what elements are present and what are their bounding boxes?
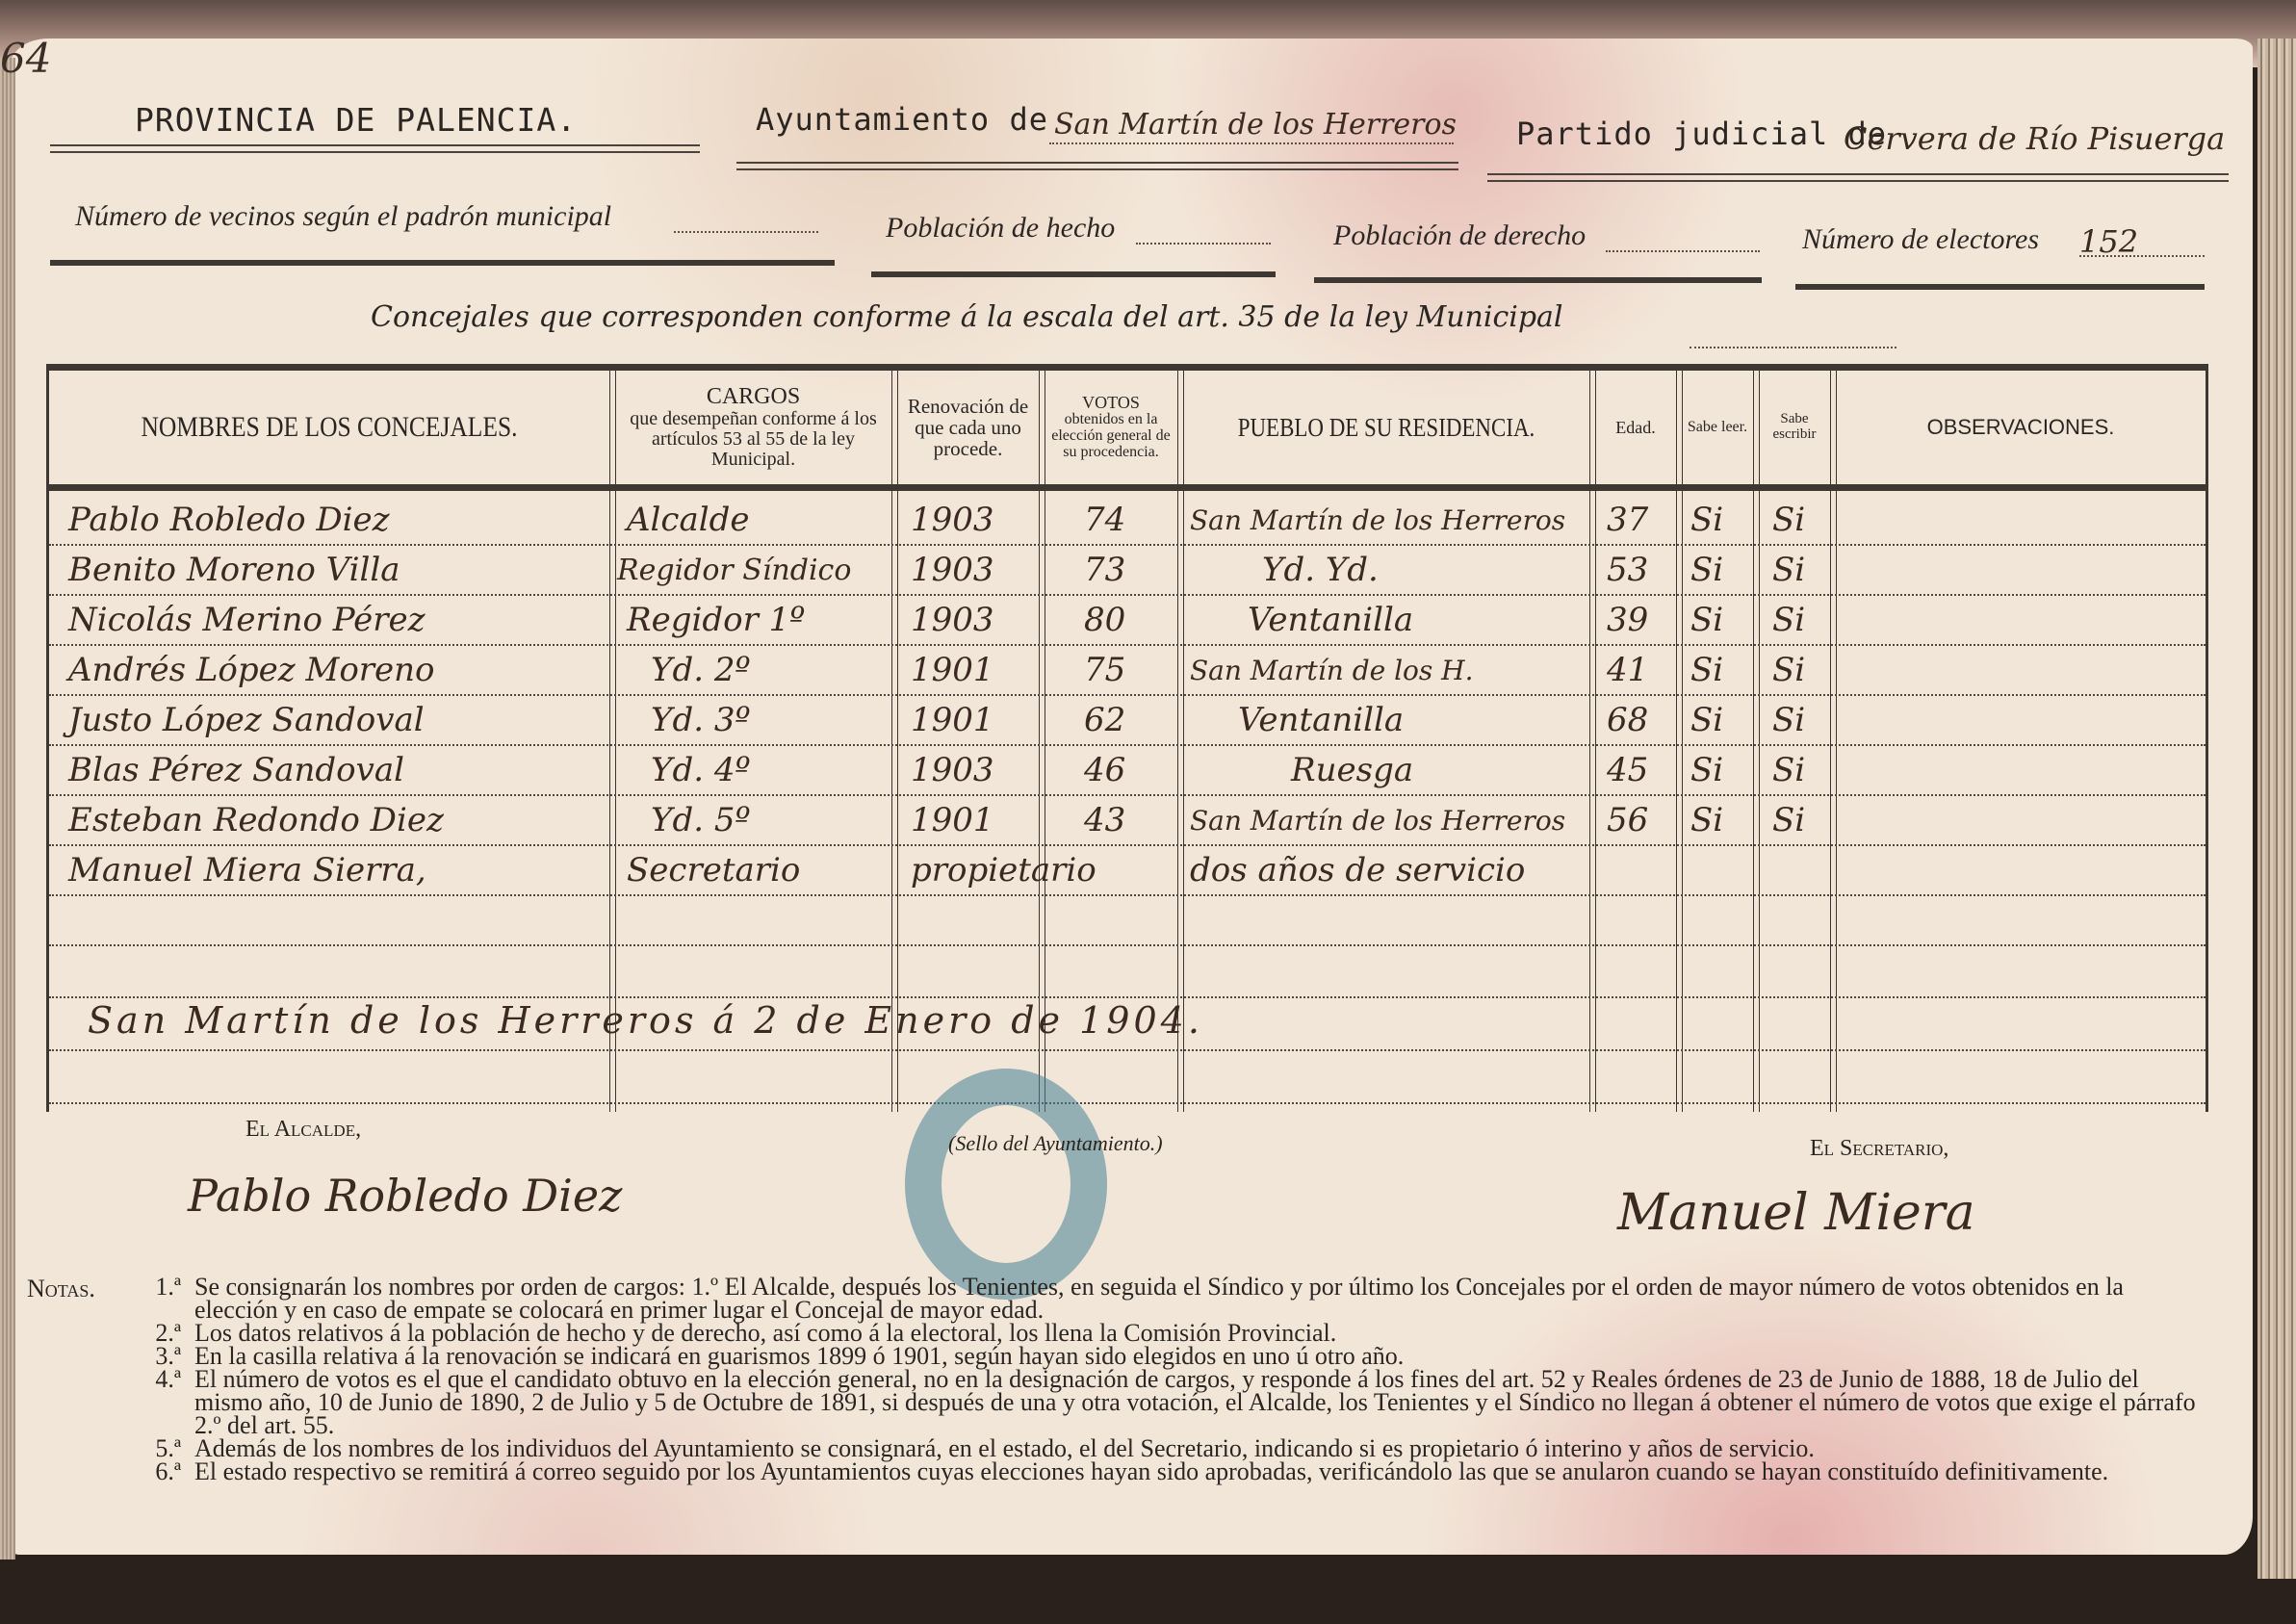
electores-label: Número de electores — [1802, 223, 2039, 256]
cell-nombre: Benito Moreno Villa — [68, 541, 400, 599]
col-header-nombres: NOMBRES DE LOS CONCEJALES. — [91, 371, 568, 484]
cell-leer: Si — [1690, 591, 1723, 649]
partido-label: Partido judicial de — [1516, 116, 1887, 152]
note-item: 1.ªSe consignarán los nombres por orden … — [123, 1276, 2212, 1322]
cell-renovacion: 1903 — [911, 591, 994, 649]
cell-renovacion: propietario — [911, 841, 1096, 899]
cell-nombre: Pablo Robledo Diez — [68, 491, 390, 549]
note-item: 4.ªEl número de votos es el que el candi… — [123, 1368, 2212, 1437]
cell-nombre: Esteban Redondo Diez — [68, 791, 444, 849]
cell-leer: Si — [1690, 741, 1723, 799]
cell-cargo: Regidor 1º — [627, 591, 805, 649]
cell-edad: 68 — [1607, 691, 1648, 749]
cell-leer: Si — [1690, 491, 1723, 549]
cell-pueblo: Ventanilla — [1238, 691, 1404, 749]
col-header-cargos: CARGOS que desempeñan conforme á los art… — [615, 371, 891, 484]
cell-leer: Si — [1690, 691, 1723, 749]
concejales-title: Concejales que corresponden conforme á l… — [371, 300, 1563, 334]
ayuntamiento-label: Ayuntamiento de — [756, 101, 1048, 138]
poblacion-hecho-label: Población de hecho — [886, 212, 1115, 245]
cell-pueblo: Ventanilla — [1248, 591, 1413, 649]
cell-leer: Si — [1690, 791, 1723, 849]
cell-votos: 73 — [1084, 541, 1125, 599]
alcalde-signature: Pablo Robledo Diez — [188, 1170, 622, 1222]
cell-cargo: Yd. 4º — [651, 741, 750, 799]
province-title: PROVINCIA DE PALENCIA. — [135, 101, 577, 139]
col-header-cargos-title: CARGOS — [707, 385, 800, 409]
col-header-escribir: Sabe escribir — [1759, 371, 1830, 484]
cell-pueblo: dos años de servicio — [1190, 841, 1525, 899]
book-left-edge — [0, 58, 15, 1560]
cell-nombre: Andrés López Moreno — [68, 641, 435, 699]
col-header-observaciones: OBSERVACIONES. — [1836, 371, 2206, 484]
cell-nombre: Manuel Miera Sierra, — [68, 841, 426, 899]
secretario-label: El Secretario, — [1810, 1136, 1948, 1162]
cell-cargo: Regidor Síndico — [617, 541, 851, 599]
cell-votos: 80 — [1084, 591, 1125, 649]
cell-leer: Si — [1690, 641, 1723, 699]
partido-value: Cervera de Río Pisuerga — [1844, 120, 2225, 157]
cell-renovacion: 1903 — [911, 491, 994, 549]
date-line: San Martín de los Herreros á 2 de Enero … — [88, 992, 1203, 1049]
col-header-leer: Sabe leer. — [1682, 371, 1753, 484]
cell-escribir: Si — [1772, 541, 1805, 599]
cell-escribir: Si — [1772, 741, 1805, 799]
cell-leer: Si — [1690, 541, 1723, 599]
col-header-votos-sub: obtenidos en la elección general de su p… — [1045, 412, 1177, 460]
cell-edad: 37 — [1607, 491, 1648, 549]
cell-pueblo: San Martín de los Herreros — [1190, 791, 1565, 849]
cell-escribir: Si — [1772, 641, 1805, 699]
note-item: 6.ªEl estado respectivo se remitirá á co… — [123, 1460, 2212, 1483]
cell-cargo: Yd. 2º — [651, 641, 750, 699]
col-header-renovacion: Renovación de que cada uno procede. — [897, 371, 1039, 484]
col-header-edad: Edad. — [1595, 371, 1676, 484]
cell-edad: 45 — [1607, 741, 1648, 799]
ayuntamiento-stamp — [905, 1069, 1107, 1300]
cell-escribir: Si — [1772, 791, 1805, 849]
cell-escribir: Si — [1772, 691, 1805, 749]
secretario-signature: Manuel Miera — [1617, 1184, 1975, 1242]
cell-renovacion: 1901 — [911, 641, 994, 699]
alcalde-label: El Alcalde, — [245, 1117, 361, 1143]
book-right-edge — [2257, 39, 2296, 1579]
cell-votos: 46 — [1084, 741, 1125, 799]
cell-escribir: Si — [1772, 491, 1805, 549]
col-header-pueblo: PUEBLO DE SU RESIDENCIA. — [1214, 371, 1560, 484]
cell-nombre: Nicolás Merino Pérez — [68, 591, 426, 649]
cell-cargo: Yd. 3º — [651, 691, 750, 749]
cell-votos: 75 — [1084, 641, 1125, 699]
vecinos-label: Número de vecinos según el padrón munici… — [75, 200, 611, 233]
cell-votos: 62 — [1084, 691, 1125, 749]
cell-edad: 39 — [1607, 591, 1648, 649]
sello-label: (Sello del Ayuntamiento.) — [948, 1131, 1163, 1156]
cell-renovacion: 1901 — [911, 791, 994, 849]
ayuntamiento-value: San Martín de los Herreros — [1054, 108, 1457, 142]
cell-pueblo: San Martín de los Herreros — [1190, 491, 1565, 549]
concejales-table: NOMBRES DE LOS CONCEJALES. CARGOS que de… — [46, 364, 2208, 1112]
poblacion-derecho-label: Población de derecho — [1333, 219, 1586, 252]
cell-pueblo: Ruesga — [1291, 741, 1413, 799]
col-header-votos: VOTOS obtenidos en la elección general d… — [1045, 371, 1177, 484]
cell-edad: 41 — [1607, 641, 1648, 699]
cell-nombre: Blas Pérez Sandoval — [68, 741, 404, 799]
col-header-cargos-sub: que desempeñan conforme á los artículos … — [615, 409, 891, 470]
cell-votos: 74 — [1084, 491, 1125, 549]
cell-edad: 53 — [1607, 541, 1648, 599]
cell-pueblo: Yd. Yd. — [1262, 541, 1379, 599]
cell-renovacion: 1901 — [911, 691, 994, 749]
cell-cargo: Secretario — [627, 841, 800, 899]
col-header-votos-title: VOTOS — [1082, 394, 1140, 412]
cell-pueblo: San Martín de los H. — [1190, 641, 1474, 699]
cell-nombre: Justo López Sandoval — [68, 691, 425, 749]
cell-escribir: Si — [1772, 591, 1805, 649]
cell-votos: 43 — [1084, 791, 1125, 849]
page-number: 64 — [0, 35, 51, 82]
cell-renovacion: 1903 — [911, 741, 994, 799]
notes-section: Notas. 1.ªSe consignarán los nombres por… — [27, 1276, 2212, 1483]
cell-cargo: Alcalde — [627, 491, 750, 549]
notes-title: Notas. — [27, 1277, 95, 1301]
cell-cargo: Yd. 5º — [651, 791, 750, 849]
cell-renovacion: 1903 — [911, 541, 994, 599]
cell-edad: 56 — [1607, 791, 1648, 849]
